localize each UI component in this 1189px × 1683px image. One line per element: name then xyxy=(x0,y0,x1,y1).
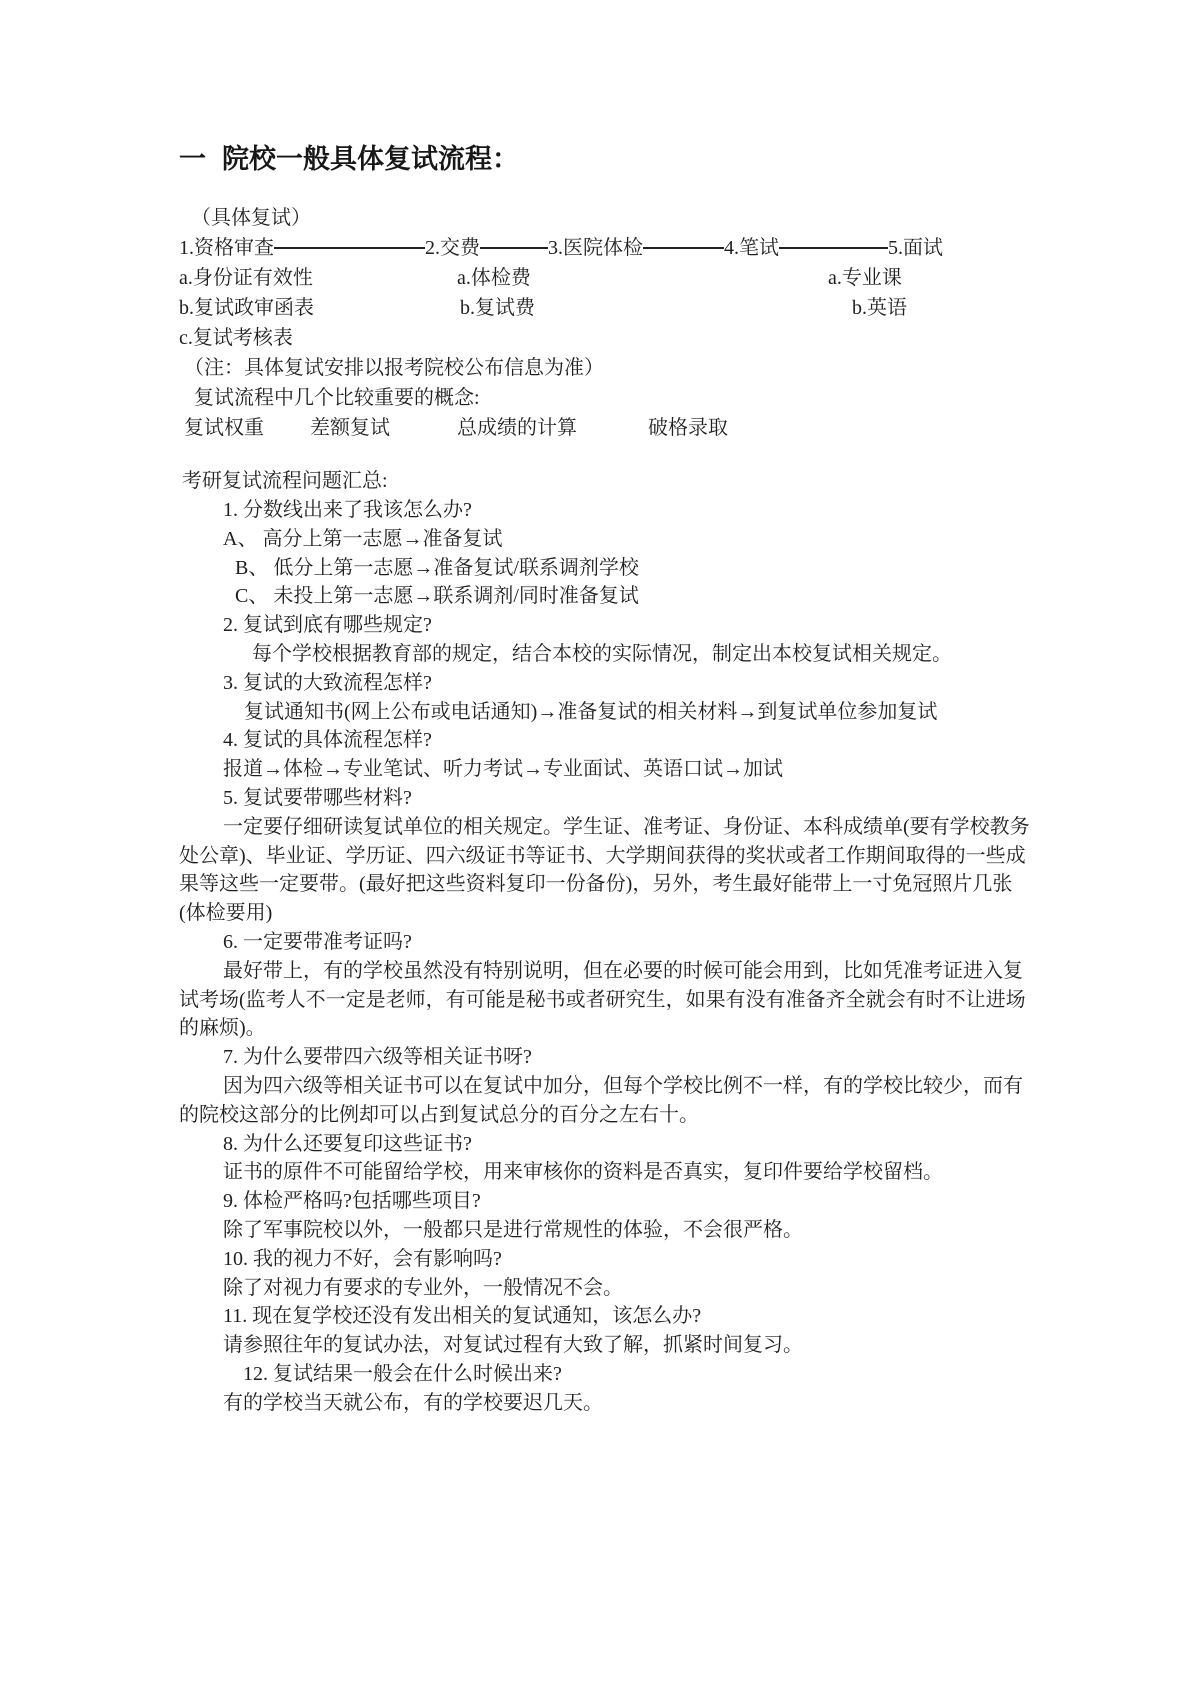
flow-detail-cell: b.复试费 xyxy=(460,293,535,323)
flow-detail-cell: a.专业课 xyxy=(828,263,902,293)
faq-list: 1. 分数线出来了我该怎么办?A、 高分上第一志愿→准备复试B、 低分上第一志愿… xyxy=(179,496,1030,1418)
subtitle: （具体复试） xyxy=(179,203,1030,233)
faq-answer: 因为四六级等相关证书可以在复试中加分，但每个学校比例不一样，有的学校比较少，而有… xyxy=(179,1072,1030,1130)
faq-answer: 除了军事院校以外，一般都只是进行常规性的体验，不会很严格。 xyxy=(179,1216,1030,1245)
flow-detail-cell: a.体检费 xyxy=(457,263,531,293)
flow-detail-row-b: b.复试政审函表b.复试费b.英语 xyxy=(179,293,1030,323)
flow-step: 1.资格审查 xyxy=(179,233,274,263)
flow-step: 2.交费 xyxy=(425,233,480,263)
process-flow: 1.资格审查2.交费3.医院体检4.笔试5.面试 xyxy=(179,233,1030,263)
faq-question: 8. 为什么还要复印这些证书? xyxy=(179,1130,1030,1159)
faq-heading: 考研复试流程问题汇总: xyxy=(179,466,1030,496)
faq-question: 12. 复试结果一般会在什么时候出来? xyxy=(179,1360,1030,1389)
flow-detail-row-a: a.身份证有效性a.体检费a.专业课 xyxy=(179,263,1030,293)
flow-detail-cell: b.复试政审函表 xyxy=(179,293,314,323)
flow-detail-cell: a.身份证有效性 xyxy=(179,263,313,293)
faq-question: 9. 体检严格吗?包括哪些项目? xyxy=(179,1187,1030,1216)
concept-item: 差额复试 xyxy=(310,413,390,443)
faq-answer: 有的学校当天就公布，有的学校要迟几天。 xyxy=(179,1389,1030,1418)
faq-question: 2. 复试到底有哪些规定? xyxy=(179,611,1030,640)
flow-detail-row-c: c.复试考核表 xyxy=(179,323,1030,353)
title-section-number: 一 xyxy=(179,144,206,174)
flow-step: 4.笔试 xyxy=(724,233,779,263)
note-line: （注：具体复试安排以报考院校公布信息为准） xyxy=(179,353,1030,383)
faq-option: C、 未投上第一志愿→联系调剂/同时准备复试 xyxy=(179,582,1030,611)
faq-option: B、 低分上第一志愿→准备复试/联系调剂学校 xyxy=(179,554,1030,583)
faq-answer: 复试通知书(网上公布或电话通知)→准备复试的相关材料→到复试单位参加复试 xyxy=(179,698,1030,727)
faq-option: A、 高分上第一志愿→准备复试 xyxy=(179,525,1030,554)
page-title: 一院校一般具体复试流程： xyxy=(179,142,1030,176)
faq-question: 5. 复试要带哪些材料? xyxy=(179,784,1030,813)
faq-answer: 报道→体检→专业笔试、听力考试→专业面试、英语口试→加试 xyxy=(179,755,1030,784)
faq-answer: 最好带上，有的学校虽然没有特别说明，但在必要的时候可能会用到，比如凭准考证进入复… xyxy=(179,957,1030,1043)
faq-answer: 证书的原件不可能留给学校，用来审核你的资料是否真实，复印件要给学校留档。 xyxy=(179,1158,1030,1187)
faq-question: 11. 现在复学校还没有发出相关的复试通知，该怎么办? xyxy=(179,1302,1030,1331)
concept-item: 复试权重 xyxy=(184,413,264,443)
concepts-heading: 复试流程中几个比较重要的概念: xyxy=(179,383,1030,413)
faq-answer: 一定要仔细研读复试单位的相关规定。学生证、准考证、身份证、本科成绩单(要有学校教… xyxy=(179,813,1030,928)
concept-item: 破格录取 xyxy=(648,413,728,443)
faq-question: 10. 我的视力不好，会有影响吗? xyxy=(179,1245,1030,1274)
faq-question: 4. 复试的具体流程怎样? xyxy=(179,726,1030,755)
faq-question: 1. 分数线出来了我该怎么办? xyxy=(179,496,1030,525)
faq-answer: 每个学校根据教育部的规定，结合本校的实际情况，制定出本校复试相关规定。 xyxy=(179,640,1030,669)
faq-question: 3. 复试的大致流程怎样? xyxy=(179,669,1030,698)
flow-detail-cell: b.英语 xyxy=(852,293,907,323)
flow-step: 3.医院体检 xyxy=(548,233,643,263)
concepts-row: 复试权重差额复试总成绩的计算破格录取 xyxy=(179,413,1030,443)
flow-connector-line xyxy=(643,247,724,249)
concept-item: 总成绩的计算 xyxy=(457,413,577,443)
faq-question: 6. 一定要带准考证吗? xyxy=(179,928,1030,957)
flow-connector-line xyxy=(779,247,888,249)
title-text: 院校一般具体复试流程： xyxy=(222,144,519,174)
flow-connector-line xyxy=(480,247,548,249)
flow-connector-line xyxy=(274,247,425,249)
faq-answer: 除了对视力有要求的专业外，一般情况不会。 xyxy=(179,1274,1030,1303)
faq-answer: 请参照往年的复试办法，对复试过程有大致了解，抓紧时间复习。 xyxy=(179,1331,1030,1360)
flow-step: 5.面试 xyxy=(888,233,943,263)
document-page: 一院校一般具体复试流程： （具体复试） 1.资格审查2.交费3.医院体检4.笔试… xyxy=(0,0,1189,1683)
faq-question: 7. 为什么要带四六级等相关证书呀? xyxy=(179,1043,1030,1072)
